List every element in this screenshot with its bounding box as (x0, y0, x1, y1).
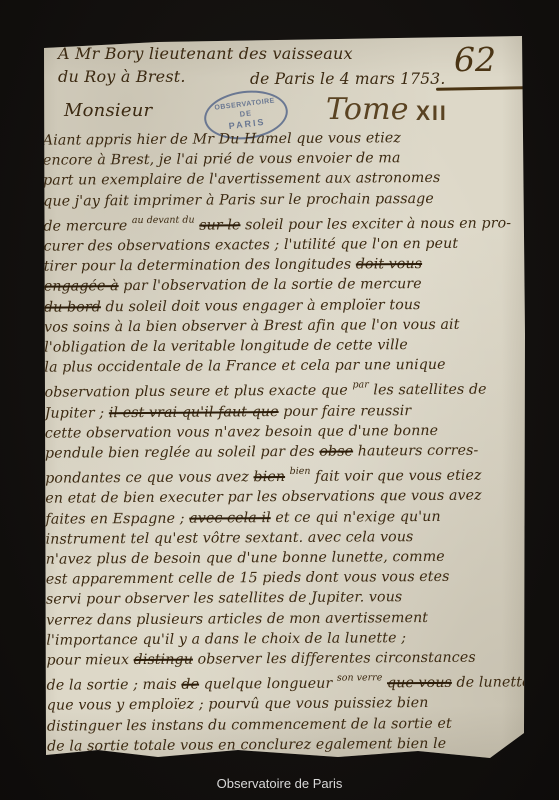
letter-body-line: distinguer les instans du commencement d… (47, 713, 523, 737)
folio-underline (436, 86, 528, 90)
letter-body-line: en etat de bien executer par les observa… (45, 486, 521, 510)
folio-number: 62 (454, 40, 496, 79)
tome-label: Tome (326, 92, 409, 127)
address-line-1: A Mr Bory lieutenant des vaisseaux (58, 44, 353, 63)
letter-body: Aiant appris hier de Mr Du Hamel que vou… (43, 127, 524, 777)
letter-body-line: de la sortie ; mais de quelque longueur … (47, 668, 523, 697)
letter-body-line: de mercure au devant du sur le soleil po… (43, 208, 519, 237)
tome-numeral: XII (416, 102, 448, 126)
dateline: de Paris le 4 mars 1753. (250, 70, 446, 88)
address-line-2: du Roy à Brest. (58, 67, 186, 86)
manuscript-letter-sheet: A Mr Bory lieutenant des vaisseaux du Ro… (38, 34, 526, 764)
letter-body-line: pondantes ce que vous avez bien bien fai… (45, 461, 521, 490)
salutation: Monsieur (64, 100, 152, 121)
letter-body-line: observation plus seure et plus exacte qu… (44, 375, 520, 404)
letter-body-line: curer des observations exactes ; l'utili… (43, 233, 519, 257)
letter-body-line: vos soins à la bien observer à Brest afi… (44, 314, 520, 338)
stamp-line-2: DE (239, 108, 252, 118)
photo-caption: Observatoire de Paris (0, 776, 559, 791)
